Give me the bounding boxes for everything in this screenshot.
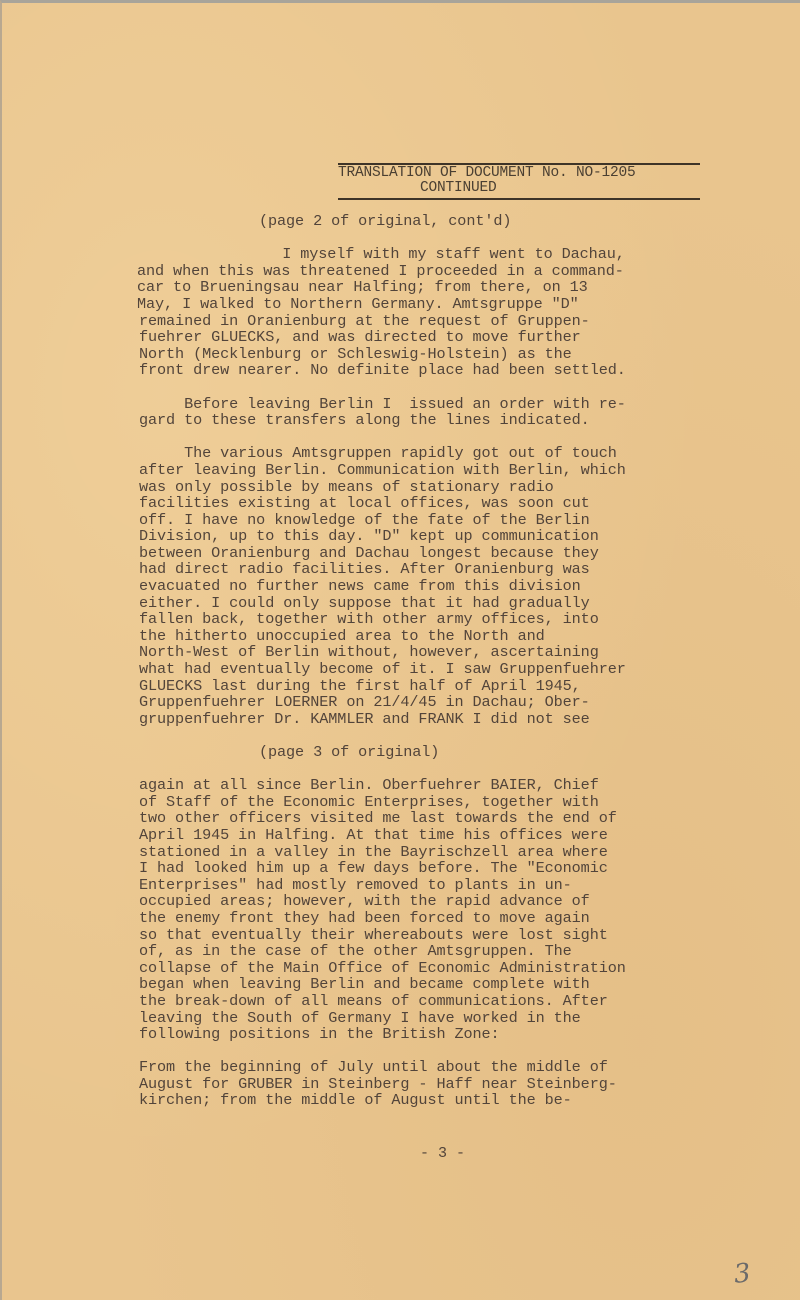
text-line: April 1945 in Halfing. At that time his … [139,827,767,844]
text-line: stationed in a valley in the Bayrischzel… [139,844,767,861]
paragraph-2: Before leaving Berlin I issued an order … [147,396,767,429]
text-line: of, as in the case of the other Amtsgrup… [139,943,767,960]
text-line: North-West of Berlin without, however, a… [139,644,767,661]
text-line: Division, up to this day. "D" kept up co… [139,528,767,545]
text-line: Enterprises" had mostly removed to plant… [139,877,767,894]
spacer [147,230,767,247]
text-line: began when leaving Berlin and became com… [139,976,767,993]
document-header: TRANSLATION OF DOCUMENT No. NO-1205 CONT… [338,163,700,200]
text-line: fallen back, together with other army of… [139,611,767,628]
spacer [147,429,767,446]
text-line: gard to these transfers along the lines … [139,412,767,429]
text-line: facilities existing at local offices, wa… [139,495,767,512]
text-line: GLUECKS last during the first half of Ap… [139,678,767,695]
text-line: following positions in the British Zone: [139,1026,767,1043]
spacer [147,761,767,778]
text-line: collapse of the Main Office of Economic … [139,960,767,977]
text-line: The various Amtsgruppen rapidly got out … [139,445,767,462]
text-line: between Oranienburg and Dachau longest b… [139,545,767,562]
handwritten-page-number: 3 [732,1258,752,1290]
text-line: front drew nearer. No definite place had… [139,362,767,379]
paragraph-4: again at all since Berlin. Oberfuehrer B… [147,777,767,1043]
header-rule-bottom [338,198,700,200]
text-line: what had eventually become of it. I saw … [139,661,767,678]
document-body: (page 2 of original, cont'd) I myself wi… [147,213,767,1109]
spacer [147,379,767,396]
text-line: I had looked him up a few days before. T… [139,860,767,877]
document-subtitle: CONTINUED [338,181,700,196]
text-line: evacuated no further news came from this… [139,578,767,595]
paragraph-3: The various Amtsgruppen rapidly got out … [147,445,767,727]
text-line: had direct radio facilities. After Orani… [139,561,767,578]
text-line: North (Mecklenburg or Schleswig-Holstein… [139,346,767,363]
text-line: I myself with my staff went to Dachau, [147,246,767,263]
document-title: TRANSLATION OF DOCUMENT No. NO-1205 [338,166,700,181]
paragraph-5: From the beginning of July until about t… [147,1059,767,1109]
text-line: gruppenfuehrer Dr. KAMMLER and FRANK I d… [139,711,767,728]
paragraph-1: I myself with my staff went to Dachau, a… [147,246,767,379]
text-line: Before leaving Berlin I issued an order … [139,396,767,413]
text-line: of Staff of the Economic Enterprises, to… [139,794,767,811]
text-line: car to Brueningsau near Halfing; from th… [137,279,767,296]
text-line: the enemy front they had been forced to … [139,910,767,927]
text-line: occupied areas; however, with the rapid … [139,893,767,910]
spacer [147,1043,767,1060]
text-line: either. I could only suppose that it had… [139,595,767,612]
text-line: the hitherto unoccupied area to the Nort… [139,628,767,645]
text-line: and when this was threatened I proceeded… [137,263,767,280]
text-line: leaving the South of Germany I have work… [139,1010,767,1027]
text-line: after leaving Berlin. Communication with… [139,462,767,479]
text-line: kirchen; from the middle of August until… [139,1092,767,1109]
spacer [147,727,767,744]
text-line: was only possible by means of stationary… [139,479,767,496]
page-number: - 3 - [420,1145,465,1162]
text-line: the break-down of all means of communica… [139,993,767,1010]
text-line: so that eventually their whereabouts wer… [139,927,767,944]
page-marker-original-2: (page 2 of original, cont'd) [147,213,767,230]
document-page: TRANSLATION OF DOCUMENT No. NO-1205 CONT… [0,0,800,1300]
text-line: remained in Oranienburg at the request o… [139,313,767,330]
text-line: From the beginning of July until about t… [139,1059,767,1076]
text-line: fuehrer GLUECKS, and was directed to mov… [139,329,767,346]
text-line: two other officers visited me last towar… [139,810,767,827]
page-marker-original-3: (page 3 of original) [147,744,767,761]
text-line: off. I have no knowledge of the fate of … [139,512,767,529]
text-line: Gruppenfuehrer LOERNER on 21/4/45 in Dac… [139,694,767,711]
text-line: August for GRUBER in Steinberg - Haff ne… [139,1076,767,1093]
text-line: again at all since Berlin. Oberfuehrer B… [139,777,767,794]
text-line: May, I walked to Northern Germany. Amtsg… [137,296,767,313]
